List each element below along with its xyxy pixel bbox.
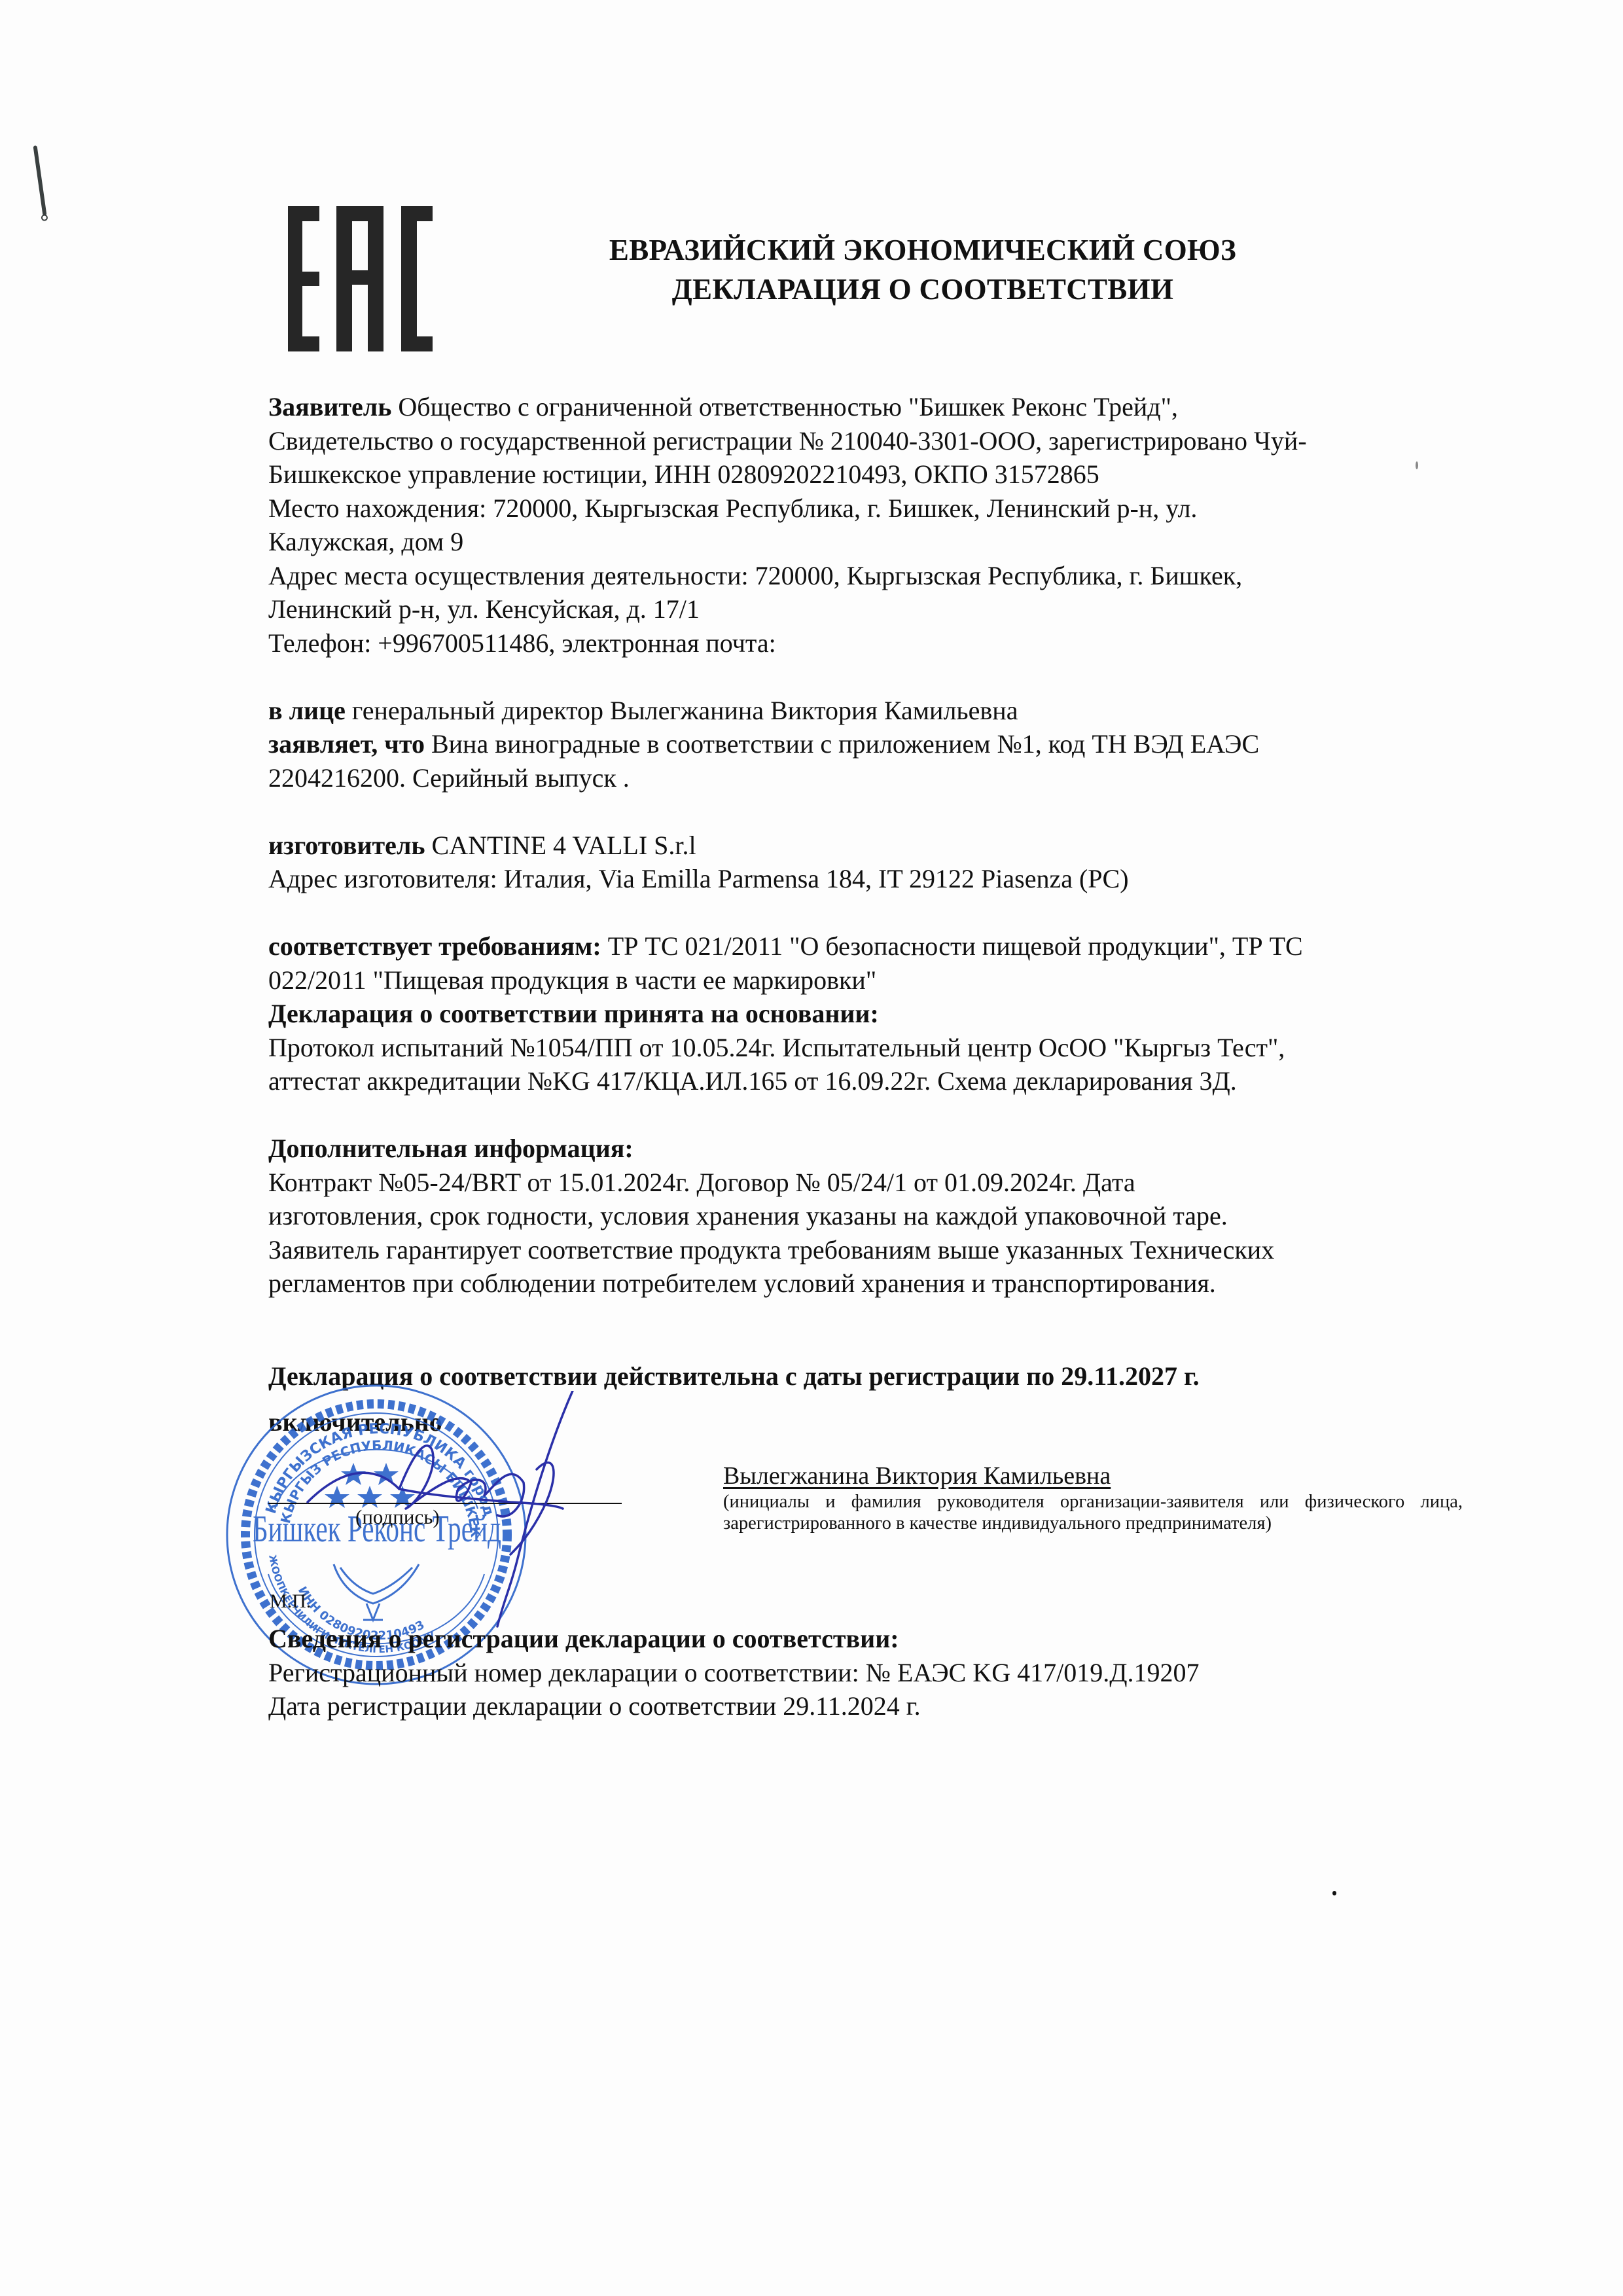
registration-section: Сведения о регистрации декларации о соот… bbox=[268, 1622, 1446, 1723]
staple-mark bbox=[33, 145, 47, 216]
signer-name: Вылегжанина Виктория Камильевна bbox=[723, 1461, 1463, 1491]
declares: заявляет, что Вина виноградные в соответ… bbox=[268, 727, 1476, 761]
document-title: ЕВРАЗИЙСКИЙ ЭКОНОМИЧЕСКИЙ СОЮЗ ДЕКЛАРАЦИ… bbox=[524, 230, 1322, 309]
product-code: 2204216200. Серийный выпуск . bbox=[268, 761, 1476, 795]
compliance-regulations-cont: 022/2011 "Пищевая продукция в части ее м… bbox=[268, 963, 1476, 997]
manufacturer-name: CANTINE 4 VALLI S.r.l bbox=[425, 831, 696, 860]
applicant-label: Заявитель bbox=[268, 392, 391, 422]
eac-logo-icon bbox=[288, 206, 435, 351]
additional-contract: Контракт №05-24/BRT от 15.01.2024г. Дого… bbox=[268, 1166, 1476, 1200]
scan-speck bbox=[1332, 1891, 1336, 1895]
registration-date: Дата регистрации декларации о соответств… bbox=[268, 1689, 1446, 1723]
signer-caption: (инициалы и фамилия руководителя организ… bbox=[723, 1491, 1463, 1534]
scan-speck bbox=[1416, 461, 1418, 469]
declaration-body: Заявитель Общество с ограниченной ответс… bbox=[268, 390, 1476, 1300]
compliance-regulations: ТР ТС 021/2011 "О безопасности пищевой п… bbox=[601, 931, 1303, 961]
applicant-contacts: Телефон: +996700511486, электронная почт… bbox=[268, 626, 1476, 660]
title-declaration: ДЕКЛАРАЦИЯ О СООТВЕТСТВИИ bbox=[524, 270, 1322, 309]
applicant-inn: Бишкекское управление юстиции, ИНН 02809… bbox=[268, 457, 1476, 492]
basis-label: Декларация о соответствии принята на осн… bbox=[268, 997, 1476, 1031]
manufacturer-label: изготовитель bbox=[268, 831, 425, 860]
applicant-registration: Свидетельство о государственной регистра… bbox=[268, 424, 1476, 458]
manufacturer: изготовитель CANTINE 4 VALLI S.r.l bbox=[268, 829, 1476, 863]
product-description: Вина виноградные в соответствии с прилож… bbox=[425, 729, 1259, 759]
additional-guarantee: Заявитель гарантирует соответствие проду… bbox=[268, 1233, 1476, 1267]
representative-label: в лице bbox=[268, 696, 346, 725]
applicant-name: Общество с ограниченной ответственностью… bbox=[391, 392, 1178, 422]
applicant-activity-address: Адрес места осуществления деятельности: … bbox=[268, 559, 1476, 593]
applicant-location-cont: Калужская, дом 9 bbox=[268, 525, 1476, 559]
signer-block: Вылегжанина Виктория Камильевна (инициал… bbox=[723, 1461, 1463, 1534]
registration-number: Регистрационный номер декларации о соотв… bbox=[268, 1656, 1446, 1690]
additional-info-label: Дополнительная информация: bbox=[268, 1132, 1476, 1166]
registration-label: Сведения о регистрации декларации о соот… bbox=[268, 1622, 1446, 1656]
applicant-location: Место нахождения: 720000, Кыргызская Рес… bbox=[268, 492, 1476, 526]
compliance-label: соответствует требованиям: bbox=[268, 931, 601, 961]
title-union: ЕВРАЗИЙСКИЙ ЭКОНОМИЧЕСКИЙ СОЮЗ bbox=[524, 230, 1322, 270]
declares-label: заявляет, что bbox=[268, 729, 425, 759]
handwritten-signature bbox=[301, 1391, 589, 1653]
manufacturer-address: Адрес изготовителя: Италия, Via Emilla P… bbox=[268, 862, 1476, 896]
applicant-section: Заявитель Общество с ограниченной ответс… bbox=[268, 390, 1476, 660]
applicant-activity-address-cont: Ленинский р-н, ул. Кенсуйская, д. 17/1 bbox=[268, 592, 1476, 626]
basis-accreditation: аттестат аккредитации №KG 417/КЦА.ИЛ.165… bbox=[268, 1064, 1476, 1098]
representative-text: генеральный директор Вылегжанина Виктори… bbox=[346, 696, 1018, 725]
basis-protocol: Протокол испытаний №1054/ПП от 10.05.24г… bbox=[268, 1031, 1476, 1065]
compliance: соответствует требованиям: ТР ТС 021/201… bbox=[268, 929, 1476, 963]
additional-storage: изготовления, срок годности, условия хра… bbox=[268, 1199, 1476, 1233]
additional-guarantee-cont: регламентов при соблюдении потребителем … bbox=[268, 1266, 1476, 1300]
representative: в лице генеральный директор Вылегжанина … bbox=[268, 694, 1476, 728]
